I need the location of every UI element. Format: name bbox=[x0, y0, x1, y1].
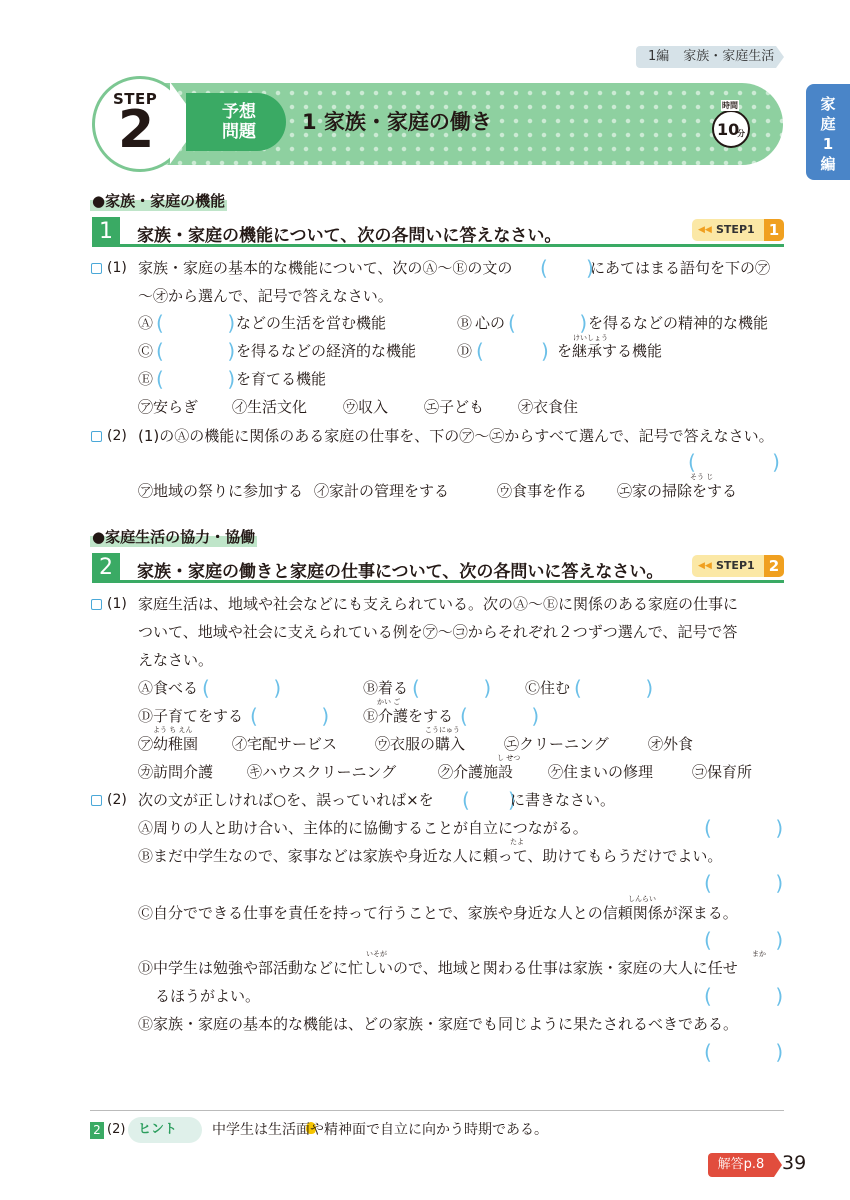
double-chevron-left-icon: ◀◀ bbox=[698, 219, 712, 241]
page-title: 1 家族・家庭の働き bbox=[302, 106, 492, 136]
choice: ㋗介護施設 bbox=[438, 762, 513, 782]
answer-blank[interactable]: ( ) bbox=[412, 677, 491, 699]
answer-blank[interactable]: ( ) bbox=[250, 705, 329, 727]
question-text: 家族・家庭の働きと家庭の仕事について、次の各問いに答えなさい。 bbox=[137, 557, 663, 582]
step-reference-badge[interactable]: ◀◀ STEP1 1 bbox=[692, 219, 784, 241]
choice: ㋓子ども bbox=[424, 397, 484, 417]
timer-icon: 時間 10 分 bbox=[709, 100, 753, 150]
answer-blank[interactable]: ( ) bbox=[574, 677, 653, 699]
item-text: を得るなどの精神的な機能 bbox=[588, 313, 768, 333]
item-text: を継承する機能 bbox=[557, 341, 662, 361]
choice: ㋒収入 bbox=[343, 397, 388, 417]
answer-blank[interactable]: ( ) bbox=[704, 985, 783, 1007]
choice: ㋕訪問介護 bbox=[138, 762, 213, 782]
choice: ㋓クリーニング bbox=[504, 734, 609, 754]
answer-blank[interactable]: ( ) bbox=[540, 257, 594, 279]
question-text: (1)のⒶの機能に関係のある家庭の仕事を、下の㋐～㋓からすべて選んで、記号で答え… bbox=[138, 426, 774, 446]
hint-badge: ヒント bbox=[128, 1117, 202, 1143]
item-mark: Ⓔ bbox=[138, 369, 153, 389]
hint-question-number: 2 bbox=[90, 1122, 104, 1139]
question-heading: 1 家族・家庭の機能について、次の各問いに答えなさい。 ◀◀ STEP1 1 bbox=[92, 217, 784, 247]
choice: ㋖ハウスクリーニング bbox=[247, 762, 396, 782]
timer-minutes: 10 bbox=[717, 120, 739, 139]
choice: ㋐地域の祭りに参加する bbox=[138, 481, 303, 501]
item-text: Ⓐ食べる bbox=[138, 678, 198, 698]
item-text: Ⓓ子育てをする bbox=[138, 706, 243, 726]
answer-reference[interactable]: 解答p.8 bbox=[708, 1153, 774, 1177]
hint-sub-question: (2) bbox=[107, 1120, 125, 1140]
answer-blank[interactable]: ( ) bbox=[202, 677, 281, 699]
item-mark: Ⓒ bbox=[138, 341, 153, 361]
hint-label: ヒント bbox=[138, 1122, 177, 1137]
checkbox[interactable] bbox=[91, 431, 102, 442]
choice: ㋑宅配サービス bbox=[232, 734, 337, 754]
statement: Ⓒ自分でできる仕事を責任を持って行うことで、家族や身近な人との信頼関係が深まる。 bbox=[138, 903, 738, 923]
statement: Ⓐ周りの人と助け合い、主体的に協働することが自立につながる。 bbox=[138, 818, 588, 838]
answer-blank[interactable]: ( ) bbox=[156, 340, 235, 362]
step-ref-label: STEP1 bbox=[716, 219, 755, 241]
item-text: Ⓑ着る bbox=[363, 678, 408, 698]
question-text: えなさい。 bbox=[138, 650, 213, 670]
choice: ㋘住まいの修理 bbox=[548, 762, 653, 782]
ruby-reading: いそが bbox=[366, 950, 387, 958]
question-text: 家族・家庭の基本的な機能について、次のⒶ～Ⓔの文の bbox=[138, 258, 512, 278]
answer-blank[interactable]: ( ) bbox=[688, 451, 780, 473]
ruby-reading: まか bbox=[752, 950, 766, 958]
question-number: 2 bbox=[92, 553, 120, 583]
answer-blank[interactable]: ( ) bbox=[462, 789, 516, 811]
step-type-pill: 予想 問題 bbox=[186, 93, 286, 151]
step-type-line: 問題 bbox=[192, 122, 286, 142]
item-text: などの生活を営む機能 bbox=[236, 313, 386, 333]
step-ref-number: 2 bbox=[764, 555, 784, 577]
choice: ㋒衣服の購入 bbox=[375, 734, 465, 754]
item-mark: Ⓓ bbox=[457, 341, 472, 361]
timer-label: 時間 bbox=[721, 100, 739, 111]
statement: Ⓑまだ中学生なので、家事などは家族や身近な人に頼って、助けてもらうだけでよい。 bbox=[138, 846, 722, 866]
step-type-line: 予想 bbox=[192, 102, 286, 122]
statement: るほうがよい。 bbox=[155, 986, 260, 1006]
choice: ㋑生活文化 bbox=[232, 397, 307, 417]
ruby-reading: たよ bbox=[510, 838, 524, 846]
question-text: ～㋔から選んで、記号で答えなさい。 bbox=[138, 286, 393, 306]
side-index-tab[interactable]: 家 庭 1 編 bbox=[806, 84, 850, 180]
ruby-reading: かい ご bbox=[377, 698, 400, 706]
answer-blank[interactable]: ( ) bbox=[476, 340, 549, 362]
choice: ㋒食事を作る bbox=[497, 481, 587, 501]
side-tab-char: 1 bbox=[806, 134, 850, 154]
choice: ㋑家計の管理をする bbox=[314, 481, 449, 501]
step-ref-label: STEP1 bbox=[716, 555, 755, 577]
question-text: 家族・家庭の機能について、次の各問いに答えなさい。 bbox=[137, 221, 561, 246]
sub-question-label: (2) bbox=[107, 426, 127, 446]
ruby-reading: し せつ bbox=[497, 754, 520, 762]
item-text: Ⓔ介護をする bbox=[363, 706, 453, 726]
ruby-reading: しんらい bbox=[628, 895, 656, 903]
chapter-title: 家族・家庭生活 bbox=[683, 49, 774, 64]
sub-question-label: (1) bbox=[107, 594, 127, 614]
ruby-reading: こうにゅう bbox=[425, 726, 460, 734]
checkbox[interactable] bbox=[91, 263, 102, 274]
side-tab-char: 庭 bbox=[806, 114, 850, 134]
timer-unit: 分 bbox=[737, 128, 745, 139]
choice: ㋓家の掃除をする bbox=[617, 481, 737, 501]
ruby-reading: そう じ bbox=[690, 473, 713, 481]
checkbox[interactable] bbox=[91, 599, 102, 610]
statement: Ⓓ中学生は勉強や部活動などに忙しいので、地域と関わる仕事は家族・家庭の大人に任せ bbox=[138, 958, 738, 978]
section-heading: ●家庭生活の協力・協働 bbox=[90, 527, 257, 547]
page-number: 39 bbox=[782, 1152, 806, 1174]
choice: ㋔衣食住 bbox=[518, 397, 578, 417]
answer-blank[interactable]: ( ) bbox=[704, 872, 783, 894]
chapter-number: 1編 bbox=[648, 49, 669, 64]
step-number: 2 bbox=[118, 104, 154, 156]
item-mark: Ⓑ bbox=[457, 313, 472, 333]
item-mark: Ⓐ bbox=[138, 313, 153, 333]
sub-question-label: (2) bbox=[107, 790, 127, 810]
answer-blank[interactable]: ( ) bbox=[156, 312, 235, 334]
question-text: にあてはまる語句を下の㋐ bbox=[590, 258, 770, 278]
item-text: 心の bbox=[475, 313, 505, 333]
question-heading: 2 家族・家庭の働きと家庭の仕事について、次の各問いに答えなさい。 ◀◀ STE… bbox=[92, 553, 784, 583]
chapter-tab: 1編家族・家庭生活 bbox=[636, 46, 776, 68]
checkbox[interactable] bbox=[91, 795, 102, 806]
answer-blank[interactable]: ( ) bbox=[460, 705, 539, 727]
answer-blank[interactable]: ( ) bbox=[704, 817, 783, 839]
answer-blank[interactable]: ( ) bbox=[156, 368, 235, 390]
hint-text: 中学生は生活面や精神面で自立に向かう時期である。 bbox=[212, 1120, 548, 1140]
question-number: 1 bbox=[92, 217, 120, 247]
step-reference-badge[interactable]: ◀◀ STEP1 2 bbox=[692, 555, 784, 577]
item-text: Ⓒ住む bbox=[525, 678, 570, 698]
side-tab-char: 家 bbox=[806, 94, 850, 114]
double-chevron-left-icon: ◀◀ bbox=[698, 555, 712, 577]
sub-question-label: (1) bbox=[107, 258, 127, 278]
choice: ㋐安らぎ bbox=[138, 397, 198, 417]
answer-blank[interactable]: ( ) bbox=[704, 1041, 783, 1063]
ruby-reading: よう ち えん bbox=[153, 726, 192, 734]
choice: ㋐幼稚園 bbox=[138, 734, 198, 754]
question-text: に書きなさい。 bbox=[510, 790, 615, 810]
item-text: を得るなどの経済的な機能 bbox=[236, 341, 416, 361]
question-text: ついて、地域や社会に支えられている例を㋐～㋙からそれぞれ２つずつ選んで、記号で答 bbox=[138, 622, 737, 642]
item-text: を育てる機能 bbox=[236, 369, 326, 389]
question-text: 次の文が正しければ○を、誤っていれば×を bbox=[138, 790, 434, 810]
choice: ㋔外食 bbox=[648, 734, 693, 754]
choice: ㋙保育所 bbox=[692, 762, 752, 782]
side-tab-char: 編 bbox=[806, 154, 850, 174]
section-heading: ●家族・家庭の機能 bbox=[90, 191, 227, 211]
divider bbox=[90, 1110, 784, 1111]
step-ref-number: 1 bbox=[764, 219, 784, 241]
question-text: 家庭生活は、地域や社会などにも支えられている。次のⒶ～Ⓔに関係のある家庭の仕事に bbox=[138, 594, 738, 614]
statement: Ⓔ家族・家庭の基本的な機能は、どの家族・家庭でも同じように果たされるべきである。 bbox=[138, 1014, 738, 1034]
answer-blank[interactable]: ( ) bbox=[508, 312, 587, 334]
answer-blank[interactable]: ( ) bbox=[704, 929, 783, 951]
